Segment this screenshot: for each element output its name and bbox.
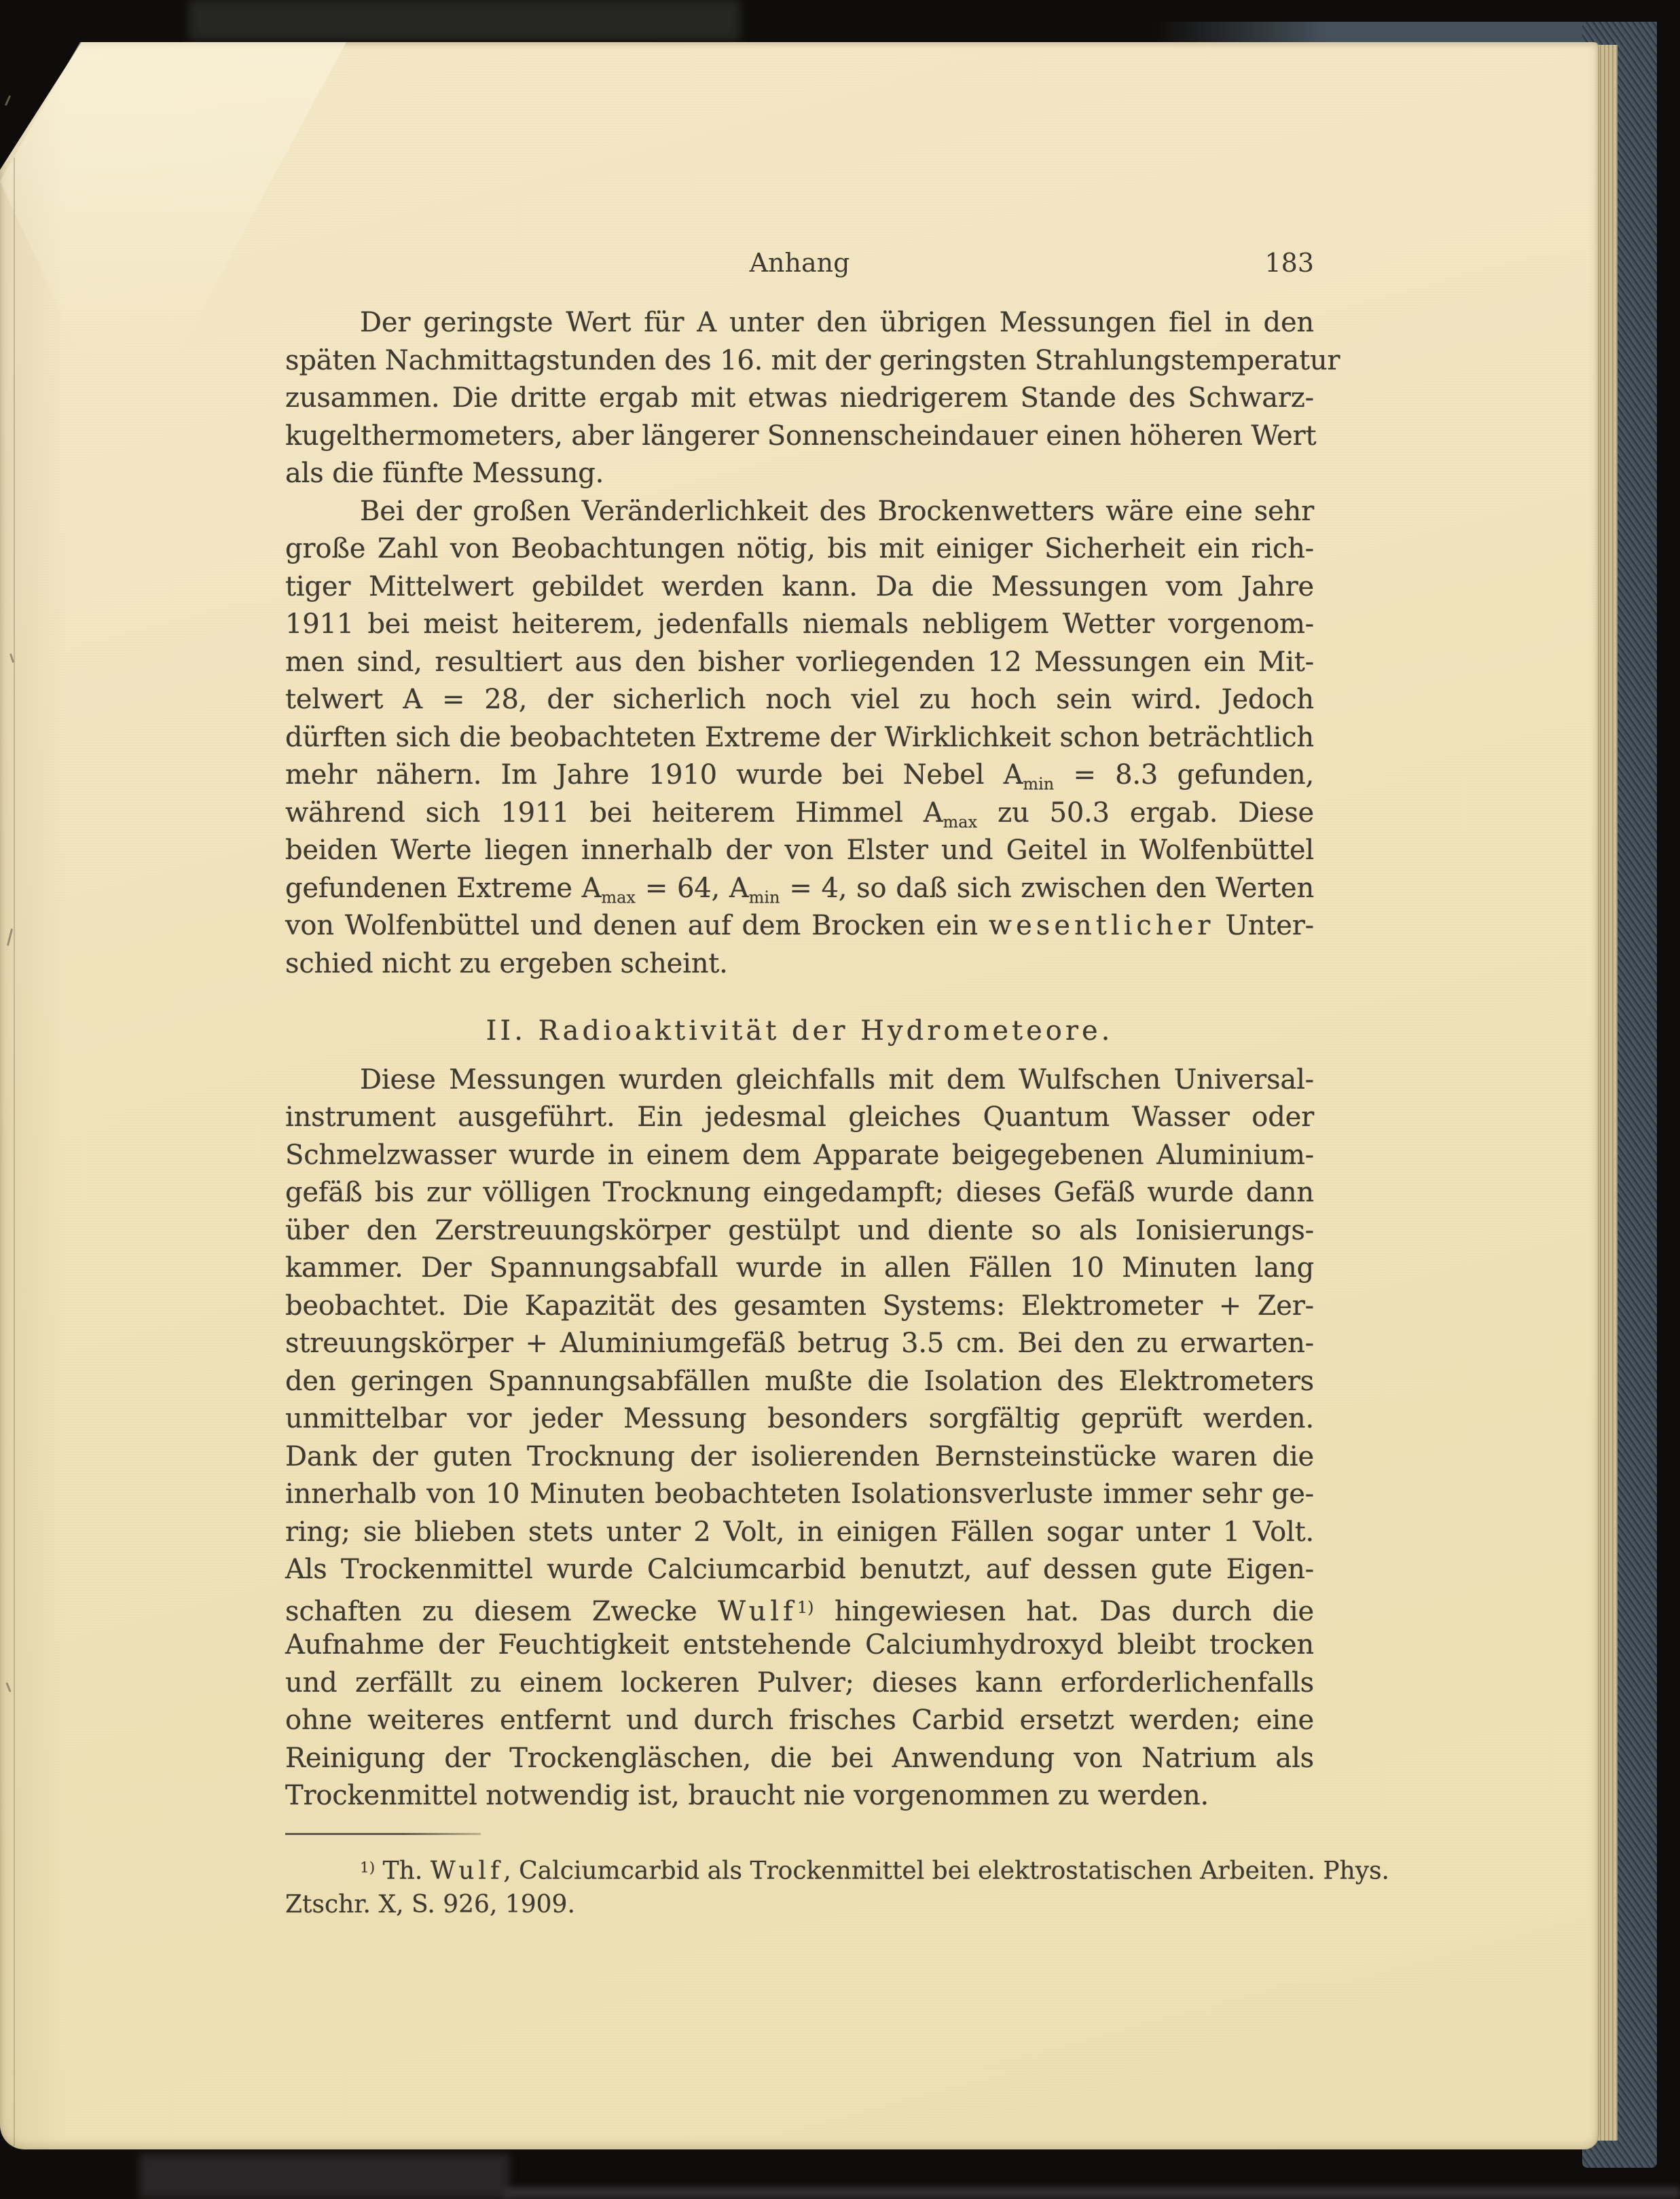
footnote-rule [285,1833,481,1835]
text-line: kammer. Der Spannungsabfall wurde in all… [285,1250,1314,1288]
text-line: beobachtet. Die Kapazität des gesamten S… [285,1288,1314,1326]
scanner-shadow-bottom-strip [503,2187,1680,2199]
text-line: während sich 1911 bei heiterem Himmel Am… [285,795,1314,833]
text-line: tiger Mittelwert gebildet werden kann. D… [285,568,1314,606]
text-line: ring; sie blieben stets unter 2 Volt, in… [285,1514,1314,1552]
binding-thread [5,1682,11,1692]
text-line: dürften sich die beobachteten Extreme de… [285,719,1314,757]
text-line: Schmelzwasser wurde in einem dem Apparat… [285,1137,1314,1175]
text-line: gefundenen Extreme Amax = 64, Amin = 4, … [285,870,1314,908]
paragraph: Der geringste Wert für A unter den übrig… [285,304,1314,493]
book-scan: Anhang 183 Der geringste Wert für A unte… [0,0,1680,2199]
paragraph: Diese Messungen wurden gleichfalls mit d… [285,1061,1314,1815]
text-line: gefäß bis zur völligen Trocknung eingeda… [285,1174,1314,1212]
text-line: den geringen Spannungsabfällen mußte die… [285,1363,1314,1401]
text-line: und zerfällt zu einem lockeren Pulver; d… [285,1665,1314,1703]
text-line: Als Trockenmittel wurde Calciumcarbid be… [285,1551,1314,1589]
text-line: beiden Werte liegen innerhalb der von El… [285,832,1314,870]
text-line: unmittelbar vor jeder Messung besonders … [285,1400,1314,1438]
text-line: schied nicht zu ergeben scheint. [285,945,1314,983]
scanner-shadow-top [189,0,740,41]
text-line: Aufnahme der Feuchtigkeit entstehende Ca… [285,1626,1314,1665]
paragraph: Bei der großen Veränderlichkeit des Broc… [285,493,1314,983]
text-line: von Wolfenbüttel und denen auf dem Brock… [285,907,1314,945]
section-heading: II. Radioaktivität der Hydrometeore. [285,1013,1314,1051]
text-line: kugelthermometers, aber längerer Sonnens… [285,418,1314,456]
scanned-page: Anhang 183 Der geringste Wert für A unte… [0,42,1599,2149]
text-line: Bei der großen Veränderlichkeit des Broc… [285,493,1314,531]
text-line: große Zahl von Beobachtungen nötig, bis … [285,530,1314,568]
text-line: Reinigung der Trockengläschen, die bei A… [285,1740,1314,1778]
text-line: mehr nähern. Im Jahre 1910 wurde bei Neb… [285,757,1314,795]
text-line: ohne weiteres entfernt und durch frische… [285,1702,1314,1740]
text-line: Ztschr. X, S. 926, 1909. [285,1887,1314,1923]
text-line: schaften zu diesem Zwecke Wulf1) hingewi… [285,1589,1314,1627]
gutter-crease [14,158,15,2146]
binding-thread [7,928,13,946]
text-line: Trockenmittel notwendig ist, braucht nie… [285,1777,1314,1815]
footnote: 1) Th. Wulf, Calciumcarbid als Trockenmi… [285,1850,1314,1923]
text-line: späten Nachmittagstunden des 16. mit der… [285,342,1314,380]
text-line: telwert A = 28, der sicherlich noch viel… [285,681,1314,719]
running-head: Anhang 183 [285,246,1314,280]
book-cover-top-edge [1154,22,1657,43]
text-line: als die fünfte Messung. [285,455,1314,493]
text-line: streuungskörper + Aluminiumgefäß betrug … [285,1325,1314,1363]
text-line: Diese Messungen wurden gleichfalls mit d… [285,1061,1314,1099]
text-column: Der geringste Wert für A unter den übrig… [285,304,1314,1923]
text-line: instrument ausgeführt. Ein jedesmal glei… [285,1099,1314,1137]
text-line: zusammen. Die dritte ergab mit etwas nie… [285,380,1314,418]
text-line: Der geringste Wert für A unter den übrig… [285,304,1314,342]
text-line: 1911 bei meist heiterem, jedenfalls niem… [285,606,1314,644]
text-line: men sind, resultiert aus den bisher vorl… [285,644,1314,682]
text-line: 1) Th. Wulf, Calciumcarbid als Trockenmi… [285,1850,1314,1887]
page-number: 183 [1264,246,1314,280]
text-line: Dank der guten Trocknung der isolierende… [285,1438,1314,1476]
running-title: Anhang [750,246,850,280]
scanner-shadow-bottom [139,2154,509,2199]
text-line: über den Zerstreuungskörper gestülpt und… [285,1212,1314,1250]
text-line: innerhalb von 10 Minuten beobachteten Is… [285,1476,1314,1514]
